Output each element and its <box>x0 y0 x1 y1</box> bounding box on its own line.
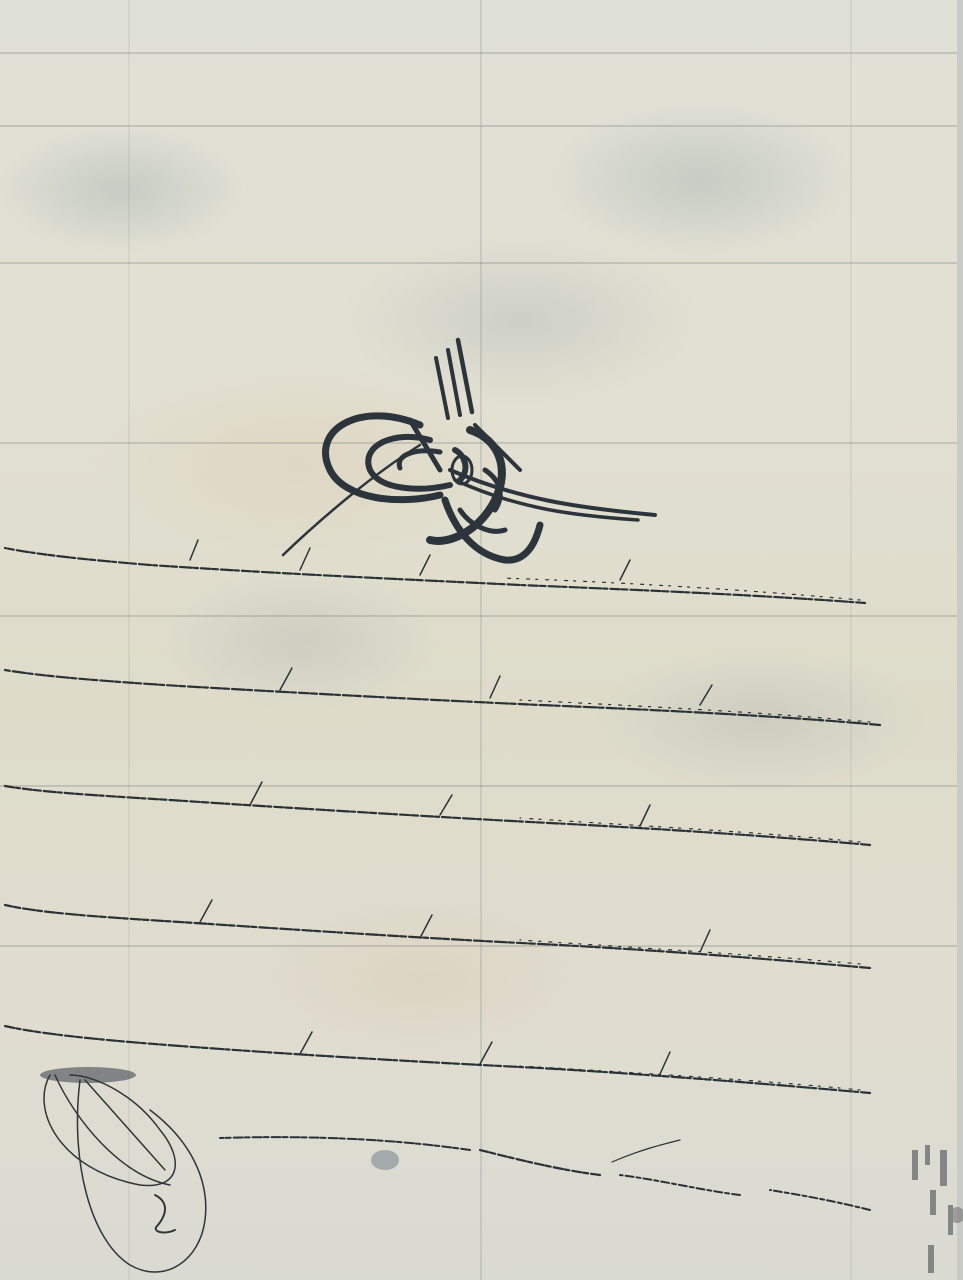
text-line-4 <box>5 905 870 968</box>
text-line-5 <box>5 1026 870 1093</box>
text-line-3 <box>5 786 870 845</box>
text-line-1 <box>5 548 865 603</box>
dating-clause <box>220 1137 870 1210</box>
tughra-icon <box>283 340 655 560</box>
text-line-2 <box>5 670 880 725</box>
signature-icon <box>40 1067 206 1272</box>
body-text <box>5 540 880 1093</box>
document-page: Imperial tughra (sultan's monogram) [Ott… <box>0 0 963 1280</box>
archive-stamp-icon <box>912 1145 963 1273</box>
ink-layer <box>0 0 963 1280</box>
